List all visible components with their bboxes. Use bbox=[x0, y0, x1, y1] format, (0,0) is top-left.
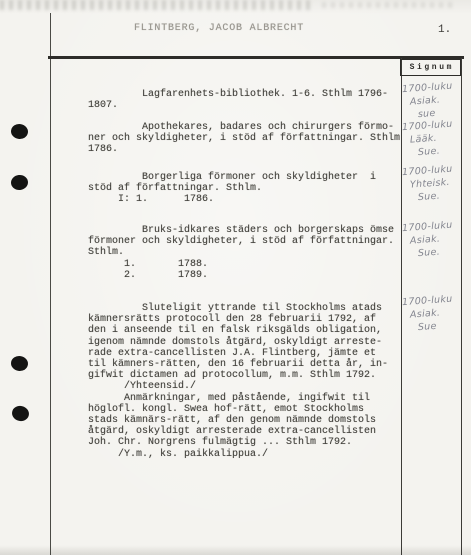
text-line: Anmärkningar, med påstående, ingifwit ti… bbox=[88, 393, 388, 404]
punch-hole bbox=[10, 355, 29, 372]
text-line: gifwit dictamen ad protocollum, m.m. Sth… bbox=[88, 370, 388, 381]
left-margin-rule bbox=[50, 13, 51, 555]
text-line: höglofl. kongl. Swea hof-rätt, emot Stoc… bbox=[88, 404, 388, 415]
scan-bleedthrough-smudge bbox=[0, 0, 312, 10]
text-line: /Y.m., ks. paikkalippua./ bbox=[88, 449, 388, 460]
text-line: Bruks-idkares städers och borgerskaps öm… bbox=[88, 225, 394, 236]
catalog-entry: Bruks-idkares städers och borgerskaps öm… bbox=[88, 225, 394, 281]
text-line: 1807. bbox=[88, 100, 388, 111]
catalog-entry: Borgerliga förmoner och skyldigheter ist… bbox=[88, 172, 376, 206]
signum-column-label: Signum bbox=[407, 63, 454, 72]
text-line: 2. 1789. bbox=[88, 270, 394, 281]
catalog-entry: Apothekares, badares och chirurgers förm… bbox=[88, 122, 400, 156]
signum-note: 1700-lukuAsiak.Sue bbox=[402, 293, 465, 335]
text-line: igenom nämnde domstols åtgärd, oskyldigt… bbox=[88, 337, 388, 348]
text-line: 1. 1788. bbox=[88, 259, 394, 270]
signum-note: 1700-lukuLääk.Sue. bbox=[402, 118, 465, 160]
text-line: Lagfarenhets-bibliothek. 1-6. Sthlm 1796… bbox=[88, 89, 388, 100]
text-line: Sthlm. bbox=[88, 247, 394, 258]
punch-hole bbox=[10, 123, 29, 140]
text-line: Apothekares, badares och chirurgers förm… bbox=[88, 122, 400, 133]
catalog-card-page: FLINTBERG, JACOB ALBRECHT 1. Signum Lagf… bbox=[0, 0, 471, 555]
text-line: ner och skyldigheter, i stöd af författn… bbox=[88, 133, 400, 144]
punch-hole bbox=[10, 404, 30, 423]
scan-bleedthrough-smudge bbox=[322, 2, 452, 8]
text-line: /Yhteensid./ bbox=[88, 381, 388, 392]
signum-note: 1700-lukuYhteisk.Sue. bbox=[402, 163, 465, 205]
text-line: Borgerliga förmoner och skyldigheter i bbox=[88, 172, 376, 183]
punch-hole bbox=[10, 174, 28, 191]
text-line: kämnersrätts protocoll den 28 februarii … bbox=[88, 314, 388, 325]
catalog-entry: Lagfarenhets-bibliothek. 1-6. Sthlm 1796… bbox=[88, 89, 388, 111]
text-line: stöd af författningar. Sthlm. bbox=[88, 183, 376, 194]
page-number: 1. bbox=[438, 24, 451, 36]
text-line: åtgärd, oskyldigt arresterade extra-canc… bbox=[88, 426, 388, 437]
text-line: til kämners-rätten, den 16 februarii det… bbox=[88, 359, 388, 370]
signum-column-header: Signum bbox=[400, 59, 461, 76]
text-line: den i anseende til en falsk riksgälds ob… bbox=[88, 325, 388, 336]
signum-note: 1700-lukuAsiak.Sue. bbox=[402, 219, 465, 261]
signum-note: 1700-lukuAsiak.sue bbox=[402, 80, 465, 122]
page-header-author: FLINTBERG, JACOB ALBRECHT bbox=[134, 23, 304, 34]
catalog-entry: Sluteligit yttrande til Stockholms atads… bbox=[88, 303, 388, 460]
text-line: rade extra-cancellisten J.A. Flintberg, … bbox=[88, 348, 388, 359]
text-line: Sluteligit yttrande til Stockholms atads bbox=[88, 303, 388, 314]
text-line: stads kämnärs-rätt, af den genom nämnde … bbox=[88, 415, 388, 426]
text-line: I: 1. 1786. bbox=[88, 194, 376, 205]
text-line: förmoner och skyldigheter, i stöd af för… bbox=[88, 236, 394, 247]
text-line: 1786. bbox=[88, 144, 400, 155]
text-line: Joh. Chr. Norgrens fulmägtig ... Sthlm 1… bbox=[88, 437, 388, 448]
